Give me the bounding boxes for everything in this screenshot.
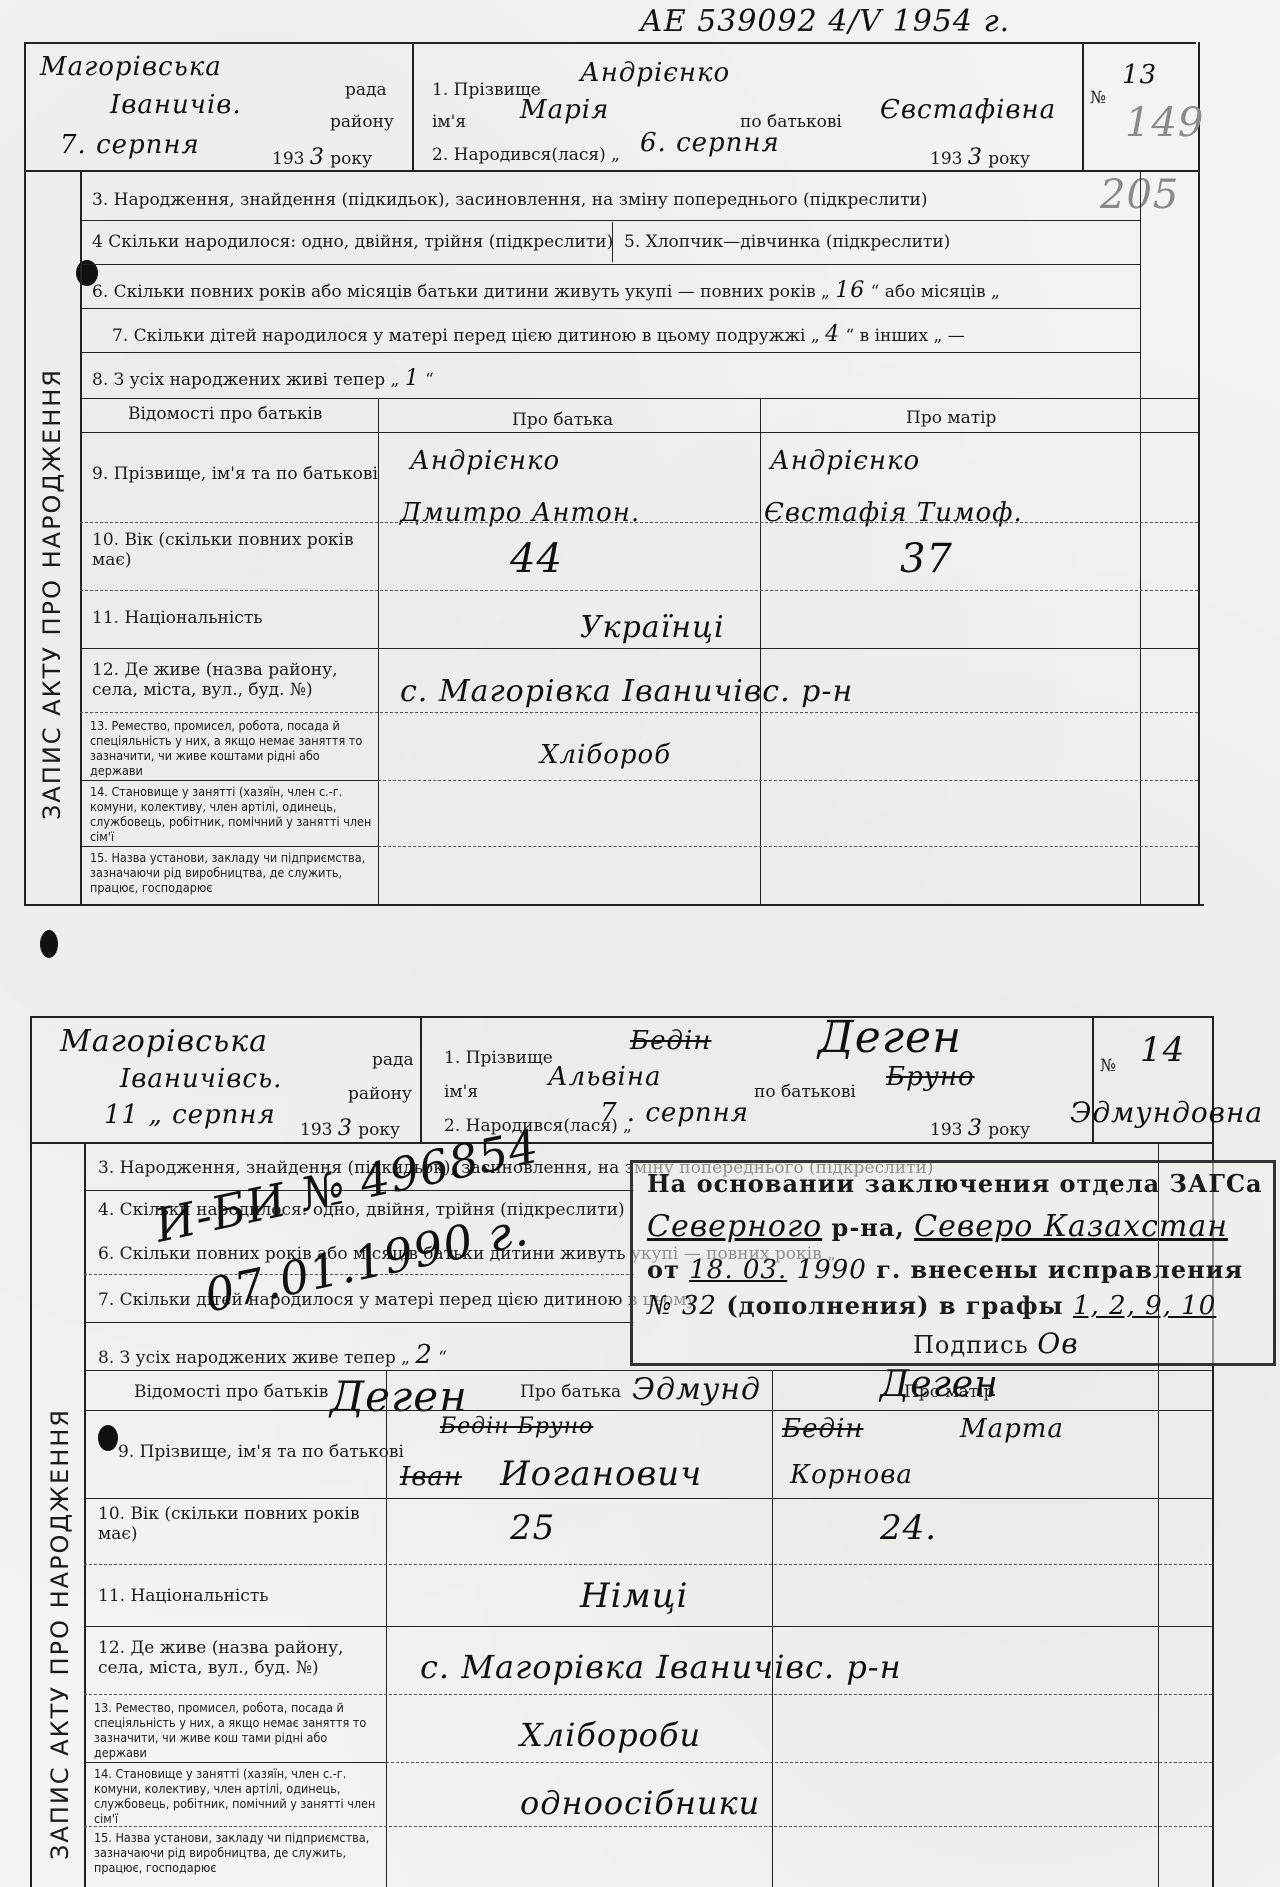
name-value: Марія [520, 95, 609, 125]
col-header-father: Про батька [520, 1382, 621, 1402]
patronymic-label: по батькові [754, 1082, 856, 1102]
father-patronymic: Иоганович [500, 1454, 702, 1494]
mother-surname-struck: Бедін [782, 1414, 863, 1444]
row-12-label: 12. Де живе (назва району, села, міста, … [92, 660, 372, 700]
stamp-signature: Ов [1037, 1327, 1078, 1360]
rada-label: рада [345, 80, 387, 100]
stamp-number: № 32 [647, 1291, 717, 1321]
occupation-value: Хлібороби [520, 1716, 701, 1754]
name-label: ім'я [444, 1082, 478, 1102]
employment-status-value: одноосібники [520, 1784, 760, 1822]
row-7-label: 7. Скільки дітей народилося у матері пер… [98, 1290, 696, 1310]
row-9-label: 9. Прізвище, ім'я та по батькові [92, 464, 378, 484]
top-annotation: АЕ 539092 4/V 1954 г. [640, 4, 1010, 39]
row-10-label: 10. Вік (скільки повних років має) [98, 1504, 382, 1544]
raion-value: Іваничів. [110, 90, 242, 120]
correction-stamp: На основании заключения отдела ЗАГСа Сев… [630, 1160, 1276, 1366]
father-name-struck: Бедін Бруно [440, 1414, 593, 1439]
born-value: 6. серпня [640, 128, 780, 158]
name-label: ім'я [432, 112, 466, 132]
row-10-label: 10. Вік (скільки повних років має) [92, 530, 372, 570]
rada-value: Магорівська [40, 52, 222, 82]
punch-hole [98, 1425, 118, 1451]
year-label: 193 3 року [300, 1116, 400, 1141]
patronymic-struck: Бруно [886, 1062, 975, 1092]
rada-label: рада [372, 1050, 414, 1070]
nationality-value: Українці [580, 610, 725, 645]
row-11-label: 11. Національність [92, 608, 262, 628]
mother-new-surname: Деген [880, 1364, 999, 1405]
father-name: Дмитро Антон. [400, 498, 640, 528]
mother-name: Євстафія Тимоф. [764, 498, 1023, 528]
stamp-district: Северного [647, 1209, 822, 1244]
number-label: № [1100, 1056, 1116, 1076]
father-age: 44 [510, 536, 563, 582]
patronymic-value: Эдмундовна [1070, 1096, 1263, 1129]
side-title: ЗАПИС АКТУ ПРО НАРОДЖЕННЯ [38, 368, 66, 820]
father-new-name: Эдмунд [632, 1372, 761, 1407]
record-number: 13 [1122, 60, 1157, 90]
row-12-label: 12. Де живе (назва району, села, міста, … [98, 1638, 382, 1678]
residence-value: с. Магорівка Іваничівс. р-н [420, 1648, 902, 1686]
col-header-mother: Про матір [906, 408, 996, 428]
row-13-label: 13. Ремество, промисел, робота, посада й… [94, 1700, 382, 1760]
row-9-label: 9. Прізвище, ім'я та по батькові [118, 1442, 404, 1462]
stamp-date: 18. 03. [689, 1255, 787, 1285]
patronymic-value: Євстафівна [880, 95, 1056, 125]
residence-value: с. Магорівка Іваничівс. р-н [400, 674, 853, 709]
stamp-fields: 1, 2, 9, 10 [1073, 1291, 1216, 1321]
year-label: 193 3 року [272, 145, 372, 170]
raion-label: району [348, 1084, 412, 1104]
row-8-label: 8. З усіх народжених живе тепер „ 2 “ [98, 1340, 447, 1370]
row-6-label: 6. Скільки повних років або місяців бать… [92, 278, 1000, 303]
col-header-info: Відомості про батьків [134, 1382, 328, 1402]
row-8-label: 8. З усіх народжених живі тепер „ 1 “ [92, 366, 434, 391]
row-5-label: 5. Хлопчик—дівчинка (підкреслити) [624, 232, 950, 252]
occupation-value: Хлібороб [540, 740, 671, 770]
row-15-label: 15. Назва установи, закладу чи підприємс… [90, 850, 374, 895]
registration-date: 11 „ серпня [104, 1100, 276, 1130]
nationality-value: Німці [580, 1576, 688, 1616]
mother-surname: Андрієнко [770, 446, 920, 476]
father-age: 25 [510, 1508, 555, 1548]
side-title: ЗАПИС АКТУ ПРО НАРОДЖЕННЯ [46, 1408, 74, 1860]
mother-age: 37 [900, 536, 953, 582]
row-7-label: 7. Скільки дітей народилося у матері пер… [112, 322, 965, 347]
surname-value: Деген [818, 1012, 962, 1063]
record-number-extra: 149 [1125, 100, 1204, 146]
surname-struck: Бедін [630, 1026, 711, 1056]
father-given-struck: Іван [400, 1462, 462, 1492]
raion-value: Іваничівсь. [120, 1064, 282, 1094]
stamp-year: 1990 [797, 1255, 867, 1285]
row-13-label: 13. Ремество, промисел, робота, посада й… [90, 718, 374, 778]
registration-date: 7. серпня [60, 130, 200, 160]
row-3-label: 3. Народження, знайдення (підкидьок), за… [92, 190, 927, 210]
name-value: Альвіна [548, 1062, 661, 1092]
row-14-label: 14. Становище у занятті (хазяїн, член с.… [90, 784, 374, 844]
raion-label: району [330, 112, 394, 132]
row-15-label: 15. Назва установи, закладу чи підприємс… [94, 1830, 382, 1875]
stamp-region: Северо Казахстан [914, 1209, 1228, 1244]
born-year: 193 3 року [930, 145, 1030, 170]
col-header-father: Про батька [512, 410, 613, 430]
born-label: 2. Народився(лася) „ [432, 145, 620, 165]
father-surname: Андрієнко [410, 446, 560, 476]
punch-hole [40, 930, 58, 958]
mother-patronymic: Корнова [790, 1460, 913, 1490]
row-4-label: 4 Скільки народилося: одно, двійня, трій… [92, 232, 613, 252]
rada-value: Магорівська [60, 1024, 268, 1059]
surname-label: 1. Прізвище [444, 1048, 553, 1068]
surname-value: Андрієнко [580, 58, 730, 88]
born-value: 7 . серпня [600, 1098, 749, 1128]
born-year: 193 3 року [930, 1116, 1030, 1141]
row-11-label: 11. Національність [98, 1586, 268, 1606]
row-14-label: 14. Становище у занятті (хазяїн, член с.… [94, 1766, 382, 1826]
number-label: № [1090, 88, 1106, 108]
record-number: 14 [1140, 1030, 1185, 1070]
mother-name: Марта [960, 1414, 1064, 1444]
col-header-info: Відомості про батьків [128, 404, 322, 424]
stamp-line-1: На основании заключения отдела ЗАГСа [647, 1169, 1263, 1198]
mother-age: 24. [880, 1508, 937, 1548]
